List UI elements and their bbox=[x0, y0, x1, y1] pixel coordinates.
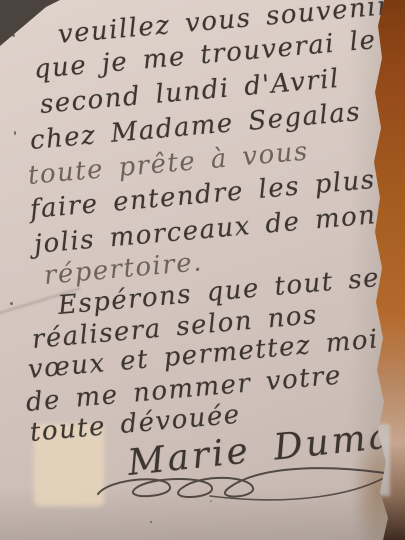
letter-page: veuillez vous souvenir que je me trouver… bbox=[0, 0, 405, 540]
ink-speck bbox=[14, 131, 16, 135]
ink-speck bbox=[150, 521, 152, 523]
ink-speck bbox=[210, 500, 212, 502]
letter-photo: veuillez vous souvenir que je me trouver… bbox=[0, 0, 405, 540]
ink-speck bbox=[12, 34, 15, 37]
signature-flourish bbox=[90, 460, 400, 510]
ink-speck bbox=[10, 302, 13, 305]
